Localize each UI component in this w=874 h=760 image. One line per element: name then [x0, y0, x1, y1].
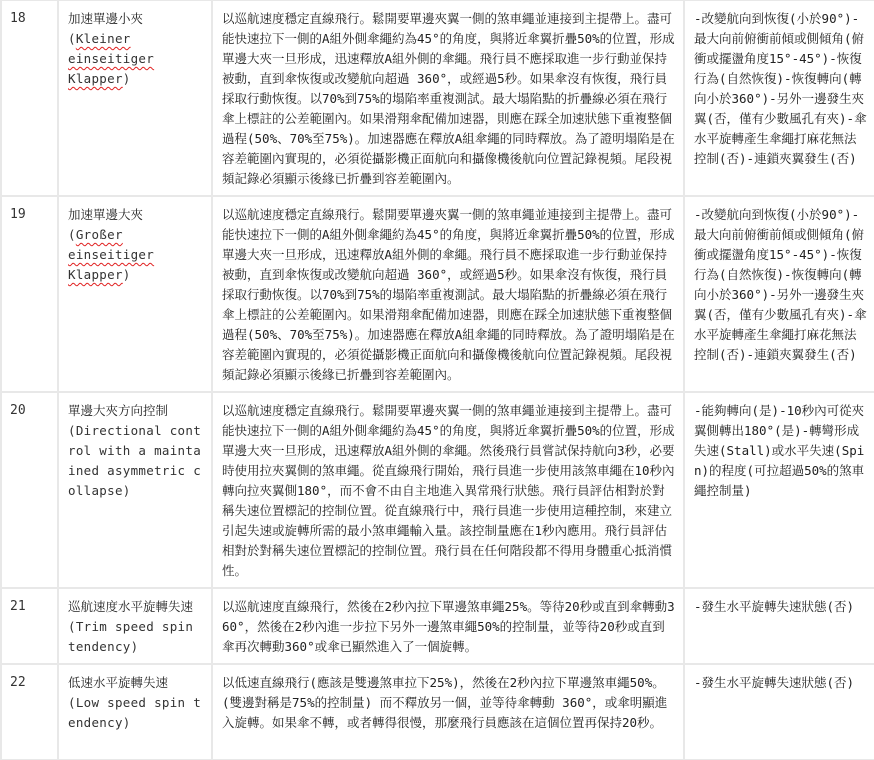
- test-name-en: (GroßereinseitigerKlapper): [68, 225, 202, 285]
- test-name-zh: 巡航速度水平旋轉失速: [68, 597, 202, 617]
- test-name-cell[interactable]: 單邊大夾方向控制 (Directional control with a mai…: [58, 392, 212, 588]
- test-number-cell[interactable]: 21: [1, 588, 58, 664]
- test-name-zh: 加速單邊小夾: [68, 9, 202, 29]
- table-row-22: 22 低速水平旋轉失速 (Low speed spin tendency) 以低…: [1, 664, 874, 760]
- misspelled-word[interactable]: Kleiner: [76, 31, 131, 46]
- test-description-cell[interactable]: 以巡航速度穩定直線飛行。鬆開要單邊夾翼一側的煞車繩並連接到主提帶上。盡可能快速拉…: [212, 196, 684, 392]
- test-criteria-cell[interactable]: -能夠轉向(是)-10秒內可從夾翼側轉出180°(是)-轉彎形成失速(Stall…: [684, 392, 874, 588]
- test-number-cell[interactable]: 18: [1, 0, 58, 196]
- test-description-cell[interactable]: 以巡航速度穩定直線飛行。鬆開要單邊夾翼一側的煞車繩並連接到主提帶上。盡可能快速拉…: [212, 392, 684, 588]
- misspelled-word[interactable]: Klapper: [68, 71, 123, 86]
- test-name-zh: 單邊大夾方向控制: [68, 401, 202, 421]
- test-number-cell[interactable]: 19: [1, 196, 58, 392]
- table-row-20: 20 單邊大夾方向控制 (Directional control with a …: [1, 392, 874, 588]
- test-name-cell[interactable]: 低速水平旋轉失速 (Low speed spin tendency): [58, 664, 212, 760]
- table-row-19: 19 加速單邊大夾 (GroßereinseitigerKlapper) 以巡航…: [1, 196, 874, 392]
- misspelled-word[interactable]: Großer: [76, 227, 123, 242]
- test-name-en: (Low speed spin tendency): [68, 693, 202, 733]
- misspelled-word[interactable]: einseitiger: [68, 51, 154, 66]
- test-description-cell[interactable]: 以巡航速度穩定直線飛行。鬆開要單邊夾翼一側的煞車繩並連接到主提帶上。盡可能快速拉…: [212, 0, 684, 196]
- test-description-cell[interactable]: 以巡航速度直線飛行，然後在2秒內拉下單邊煞車繩25%。等待20秒或直到傘轉動36…: [212, 588, 684, 664]
- flight-test-table: 18 加速單邊小夾 (KleinereinseitigerKlapper) 以巡…: [0, 0, 874, 760]
- test-name-cell[interactable]: 加速單邊小夾 (KleinereinseitigerKlapper): [58, 0, 212, 196]
- misspelled-word[interactable]: Klapper: [68, 267, 123, 282]
- test-name-cell[interactable]: 巡航速度水平旋轉失速 (Trim speed spin tendency): [58, 588, 212, 664]
- misspelled-word[interactable]: einseitiger: [68, 247, 154, 262]
- test-name-en: (Trim speed spin tendency): [68, 617, 202, 657]
- test-name-zh: 低速水平旋轉失速: [68, 673, 202, 693]
- table-row-18: 18 加速單邊小夾 (KleinereinseitigerKlapper) 以巡…: [1, 0, 874, 196]
- test-name-en: (KleinereinseitigerKlapper): [68, 29, 202, 89]
- table-row-21: 21 巡航速度水平旋轉失速 (Trim speed spin tendency)…: [1, 588, 874, 664]
- test-criteria-cell[interactable]: -改變航向到恢復(小於90°)-最大向前俯衝前傾或側傾角(俯衝或擺盪角度15°-…: [684, 196, 874, 392]
- paren-close: ): [123, 71, 131, 86]
- paren-close: ): [123, 267, 131, 282]
- test-criteria-cell[interactable]: -發生水平旋轉失速狀態(否): [684, 664, 874, 760]
- paren-open: (: [68, 227, 76, 242]
- test-number-cell[interactable]: 22: [1, 664, 58, 760]
- test-number-cell[interactable]: 20: [1, 392, 58, 588]
- test-criteria-cell[interactable]: -改變航向到恢復(小於90°)-最大向前俯衝前傾或側傾角(俯衝或擺盪角度15°-…: [684, 0, 874, 196]
- test-name-zh: 加速單邊大夾: [68, 205, 202, 225]
- test-name-en: (Directional control with a maintained a…: [68, 421, 202, 501]
- paren-open: (: [68, 31, 76, 46]
- test-description-cell[interactable]: 以低速直線飛行(應該是雙邊煞車拉下25%)，然後在2秒內拉下單邊煞車繩50%。(…: [212, 664, 684, 760]
- test-criteria-cell[interactable]: -發生水平旋轉失速狀態(否): [684, 588, 874, 664]
- test-name-cell[interactable]: 加速單邊大夾 (GroßereinseitigerKlapper): [58, 196, 212, 392]
